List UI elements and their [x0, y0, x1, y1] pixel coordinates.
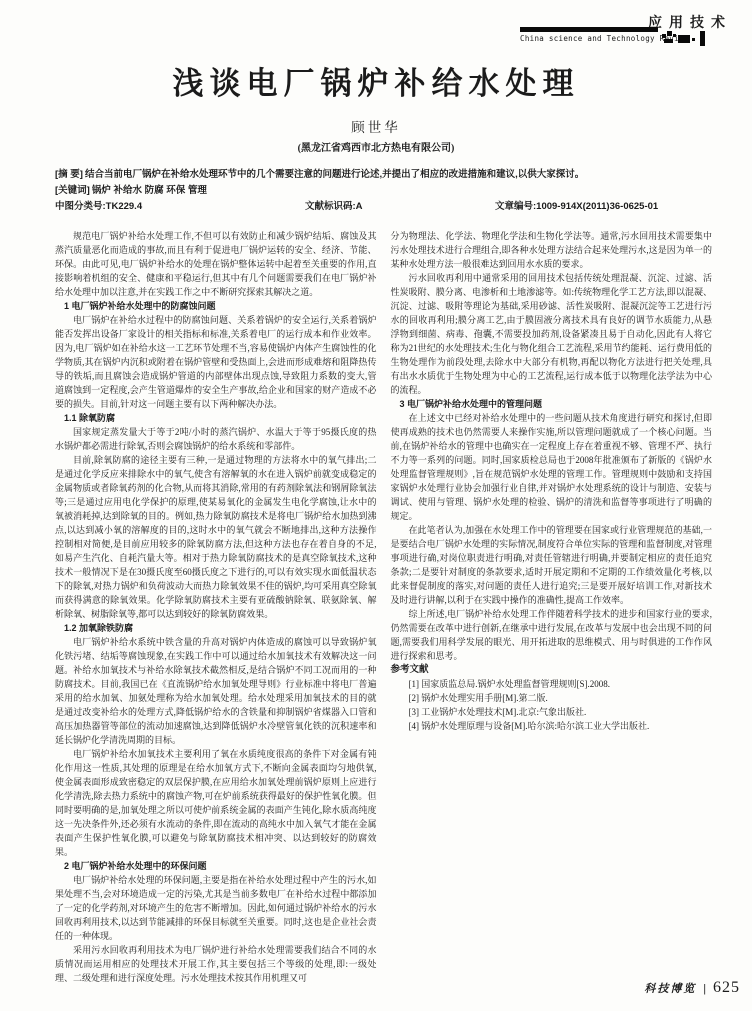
paragraph: 电厂锅炉在补给水过程中的防腐蚀问题、关系着锅炉的安全运行,关系着锅炉能否发挥出设…: [55, 313, 377, 411]
article-title: 浅谈电厂锅炉补给水处理: [0, 58, 752, 103]
section-heading: 1 电厂锅炉补给水处理中的防腐蚀问题: [55, 299, 377, 313]
page-footer: 科技博览 | 625: [644, 979, 740, 997]
paragraph: 综上所述,电厂锅炉补给水处理工作伴随着科学技术的进步和国家行业的要求,仍然需要在…: [391, 607, 713, 663]
column-category-label: 应用技术: [648, 12, 732, 32]
paragraph: 规范电厂锅炉补给水处理工作,不但可以有效防止和减少锅炉结垢、腐蚀及其蒸汽质量恶化…: [55, 229, 377, 299]
reference-item: [3] 工业锅炉水处理技术[M].北京:气象出版社.: [391, 705, 713, 719]
paragraph: 污水回收再利用中通常采用的回用技术包括传统处理混凝、沉淀、过滤、活性炭吸附、膜分…: [391, 271, 713, 397]
abstract-label: [摘 要]: [55, 169, 83, 180]
paragraph: 电厂锅炉补给水处理的环保问题,主要是指在补给水处理过程中产生的污水,如果处理不当…: [55, 873, 377, 943]
abstract-block: [摘 要]结合当前电厂锅炉在补给水处理环节中的几个需要注意的问题进行论述,并提出…: [55, 167, 712, 215]
page-number: 625: [713, 979, 740, 997]
journal-name-english: China science and Technology Review: [520, 34, 658, 43]
article-meta-line: 中图分类号:TK229.4 文献标识码:A 文章编号:1009-914X(201…: [55, 199, 712, 215]
left-column: 规范电厂锅炉补给水处理工作,不但可以有效防止和减少锅炉结垢、腐蚀及其蒸汽质量恶化…: [55, 229, 377, 985]
reference-item: [4] 锅炉水处理原理与设备[M].哈尔滨:哈尔滨工业大学出版社.: [391, 719, 713, 733]
paragraph: 采用污水回收再利用技术为电厂锅炉进行补给水处理需要我们结合不同的水质情况而运用相…: [55, 943, 377, 985]
paragraph: 在上述文中已经对补给水处理中的一些问题从技术角度进行研究和探讨,但即使再成熟的技…: [391, 411, 713, 523]
reference-item: [1] 国家质监总局.锅炉水处理监督管理规则[S].2008.: [391, 677, 713, 691]
references-heading: 参考文献: [391, 663, 713, 677]
subsection-heading: 1.1 除氧防腐: [55, 411, 377, 425]
paragraph-continuation: 分为物理法、化学法、物理化学法和生物化学法等。通常,污水回用技术需要集中污水处理…: [391, 229, 713, 271]
keywords-text: 锅炉 补给水 防腐 环保 管理: [92, 185, 207, 196]
document-code: 文献标识码:A: [305, 199, 495, 215]
keywords-label: [关键词]: [55, 185, 90, 196]
paragraph: 电厂锅炉补给水加氧技术主要利用了氧在水质纯度很高的条件下对金属有钝化作用这一性质…: [55, 747, 377, 859]
right-column: 分为物理法、化学法、物理化学法和生物化学法等。通常,污水回用技术需要集中污水处理…: [391, 229, 713, 985]
journal-page: 应用技术 China science and Technology Review…: [0, 0, 752, 1011]
journal-logo-icon: [662, 30, 712, 47]
subsection-heading: 1.2 加氧除铁防腐: [55, 621, 377, 635]
header-rule: [520, 27, 658, 32]
paragraph: 国家规定蒸发量大于等于2吨/小时的蒸汽锅炉、水温大于等于95摄氏度的热水锅炉都必…: [55, 425, 377, 453]
author-affiliation: (黑龙江省鸡西市北方热电有限公司): [0, 139, 752, 154]
abstract-text: 结合当前电厂锅炉在补给水处理环节中的几个需要注意的问题进行论述,并提出了相应的改…: [85, 169, 584, 180]
journal-banner: China science and Technology Review: [520, 27, 658, 43]
abstract-line: [摘 要]结合当前电厂锅炉在补给水处理环节中的几个需要注意的问题进行论述,并提出…: [55, 167, 712, 183]
paragraph: 在此笔者认为,加强在水处理工作中的管理要在国家或行业管理规范的基础,一是要结合电…: [391, 523, 713, 607]
author-name: 顾世华: [0, 116, 752, 136]
reference-item: [2] 锅炉水处理实用手册[M].第二版.: [391, 691, 713, 705]
section-heading: 3 电厂锅炉补给水处理中的管理问题: [391, 397, 713, 411]
article-body: 规范电厂锅炉补给水处理工作,不但可以有效防止和减少锅炉结垢、腐蚀及其蒸汽质量恶化…: [55, 229, 712, 985]
paragraph: 目前,除氧防腐的途径主要有三种,一是通过物理的方法将水中的氧气排出;二是通过化学…: [55, 453, 377, 621]
footer-divider: |: [703, 981, 706, 996]
article-id: 文章编号:1009-914X(2011)36-0625-01: [495, 199, 712, 215]
clc-number: 中图分类号:TK229.4: [55, 199, 305, 215]
page-header: 应用技术 China science and Technology Review: [0, 0, 752, 50]
journal-name-chinese: 科技博览: [644, 980, 696, 996]
paragraph: 电厂锅炉补给水系统中铁含量的升高对锅炉内体造成的腐蚀可以导致锅炉氧化铁污堵、结垢…: [55, 635, 377, 747]
section-heading: 2 电厂锅炉补给水处理中的环保问题: [55, 859, 377, 873]
keywords-line: [关键词]锅炉 补给水 防腐 环保 管理: [55, 183, 712, 199]
